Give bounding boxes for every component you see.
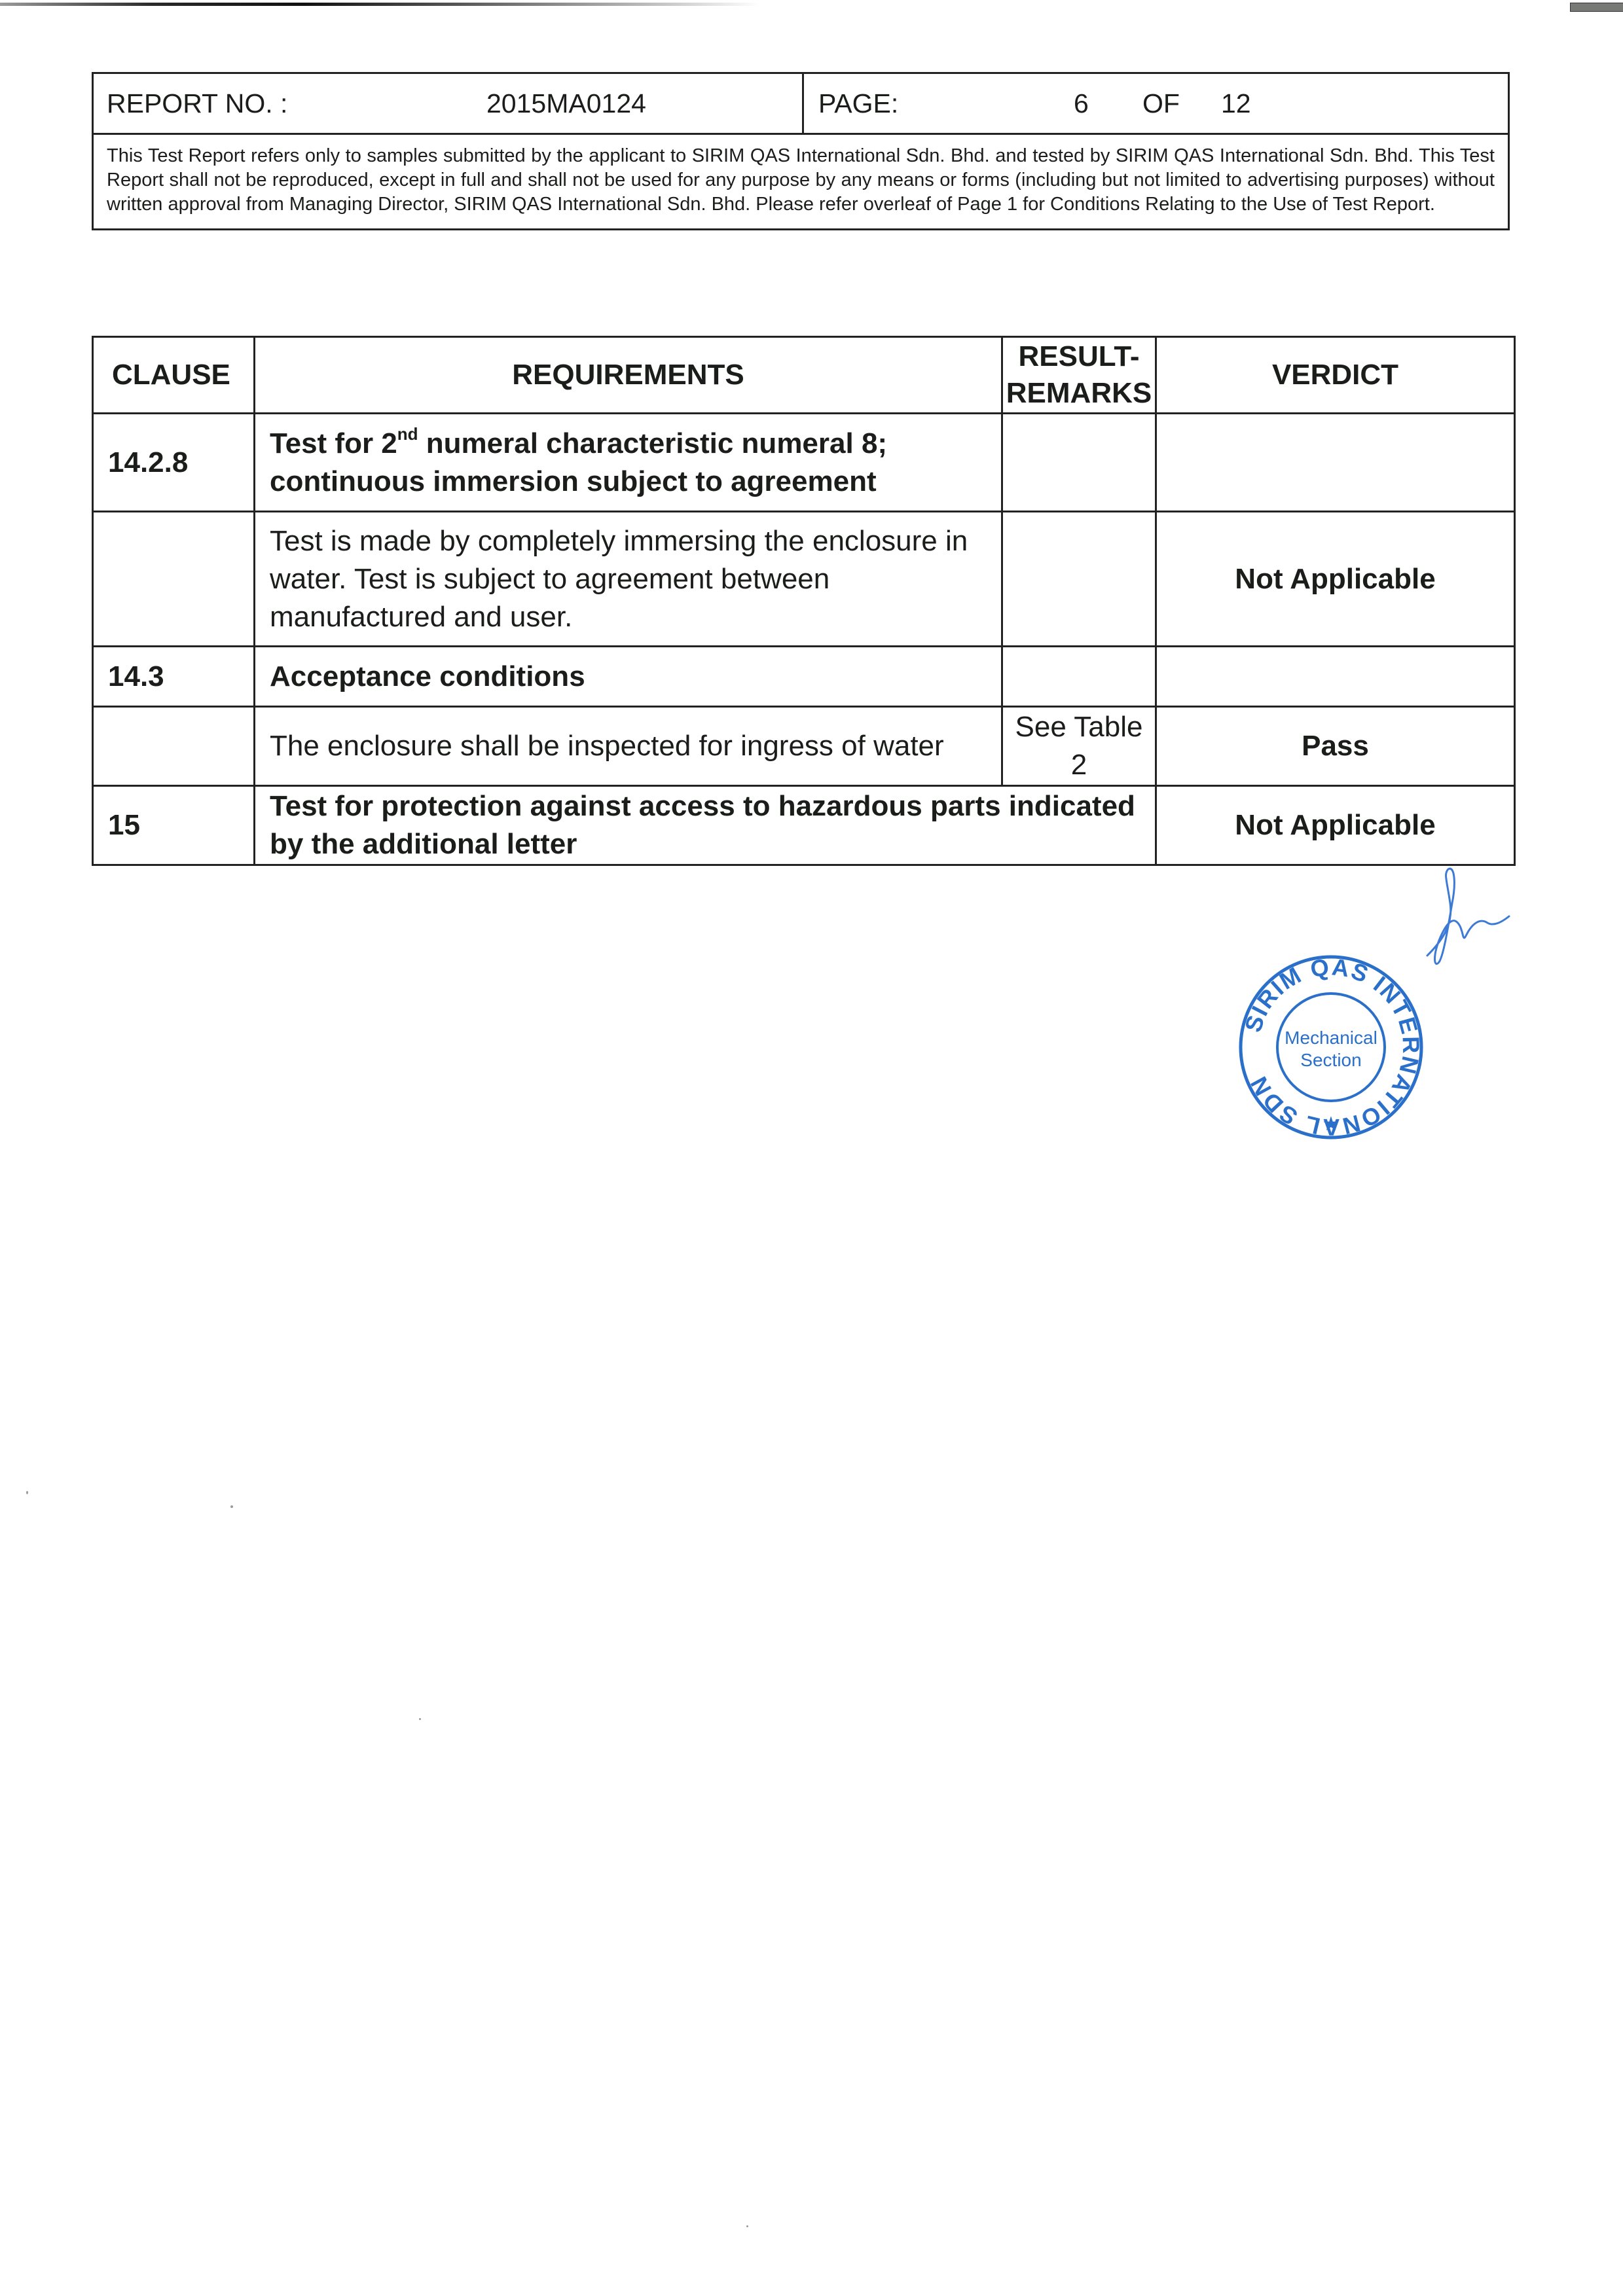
table-row: 14.3 Acceptance conditions (93, 647, 1515, 707)
column-header-result-line2: REMARKS (1006, 377, 1152, 409)
clause-cell (93, 512, 255, 647)
scan-speck (230, 1505, 233, 1508)
stamp-inner-line1: Mechanical (1285, 1028, 1377, 1048)
company-stamp: SIRIM QAS INTERNATIONAL SDN BHD ★ Mechan… (1236, 952, 1426, 1142)
page-cell: PAGE: 6 OF 12 (804, 74, 1508, 133)
table-row: Test is made by completely immersing the… (93, 512, 1515, 647)
scan-speck (26, 1491, 28, 1494)
column-header-clause: CLAUSE (93, 337, 255, 414)
requirement-cell: The enclosure shall be inspected for ing… (255, 707, 1002, 786)
report-id-row: REPORT NO. : 2015MA0124 PAGE: 6 OF 12 (94, 74, 1508, 135)
page-current: 6 (1074, 88, 1142, 119)
column-header-result-line1: RESULT- (1019, 340, 1140, 372)
page-total: 12 (1221, 88, 1251, 119)
verdict-cell (1156, 647, 1515, 707)
requirement-cell: Acceptance conditions (255, 647, 1002, 707)
report-header-box: REPORT NO. : 2015MA0124 PAGE: 6 OF 12 Th… (92, 72, 1510, 230)
report-number-cell: REPORT NO. : 2015MA0124 (94, 74, 804, 133)
verdict-cell: Pass (1156, 707, 1515, 786)
signature-mark (1414, 864, 1519, 969)
scan-edge-line (0, 3, 759, 6)
table-header-row: CLAUSE REQUIREMENTS RESULT- REMARKS VERD… (93, 337, 1515, 414)
stamp-inner-line2: Section (1300, 1050, 1361, 1070)
column-header-result-remarks: RESULT- REMARKS (1002, 337, 1156, 414)
result-cell: See Table 2 (1002, 707, 1156, 786)
verdict-cell: Not Applicable (1156, 512, 1515, 647)
clause-cell: 14.3 (93, 647, 255, 707)
star-icon: ★ (1322, 1113, 1340, 1135)
clause-cell (93, 707, 255, 786)
report-number-value: 2015MA0124 (486, 88, 646, 119)
requirement-cell: Test is made by completely immersing the… (255, 512, 1002, 647)
table-row: 14.2.8 Test for 2nd numeral characterist… (93, 414, 1515, 512)
page-label: PAGE: (818, 88, 1074, 119)
result-cell (1002, 512, 1156, 647)
report-number-label: REPORT NO. : (107, 88, 486, 119)
scan-speck (419, 1718, 421, 1720)
clause-cell: 15 (93, 786, 255, 865)
verdict-cell (1156, 414, 1515, 512)
table-row: The enclosure shall be inspected for ing… (93, 707, 1515, 786)
scan-edge-mark (1570, 3, 1623, 12)
requirement-cell: Test for 2nd numeral characteristic nume… (255, 414, 1002, 512)
requirement-cell: Test for protection against access to ha… (255, 786, 1156, 865)
column-header-requirements: REQUIREMENTS (255, 337, 1002, 414)
result-cell (1002, 647, 1156, 707)
clause-cell: 14.2.8 (93, 414, 255, 512)
page-of-label: OF (1142, 88, 1221, 119)
requirement-text-prefix: Test for 2 (270, 427, 397, 459)
clauses-table: CLAUSE REQUIREMENTS RESULT- REMARKS VERD… (92, 336, 1516, 866)
requirement-superscript: nd (397, 424, 418, 444)
table-row: 15 Test for protection against access to… (93, 786, 1515, 865)
result-cell (1002, 414, 1156, 512)
signature-stroke (1427, 869, 1509, 963)
disclaimer-text: This Test Report refers only to samples … (94, 135, 1508, 228)
scan-speck (746, 2225, 748, 2227)
verdict-cell: Not Applicable (1156, 786, 1515, 865)
column-header-verdict: VERDICT (1156, 337, 1515, 414)
